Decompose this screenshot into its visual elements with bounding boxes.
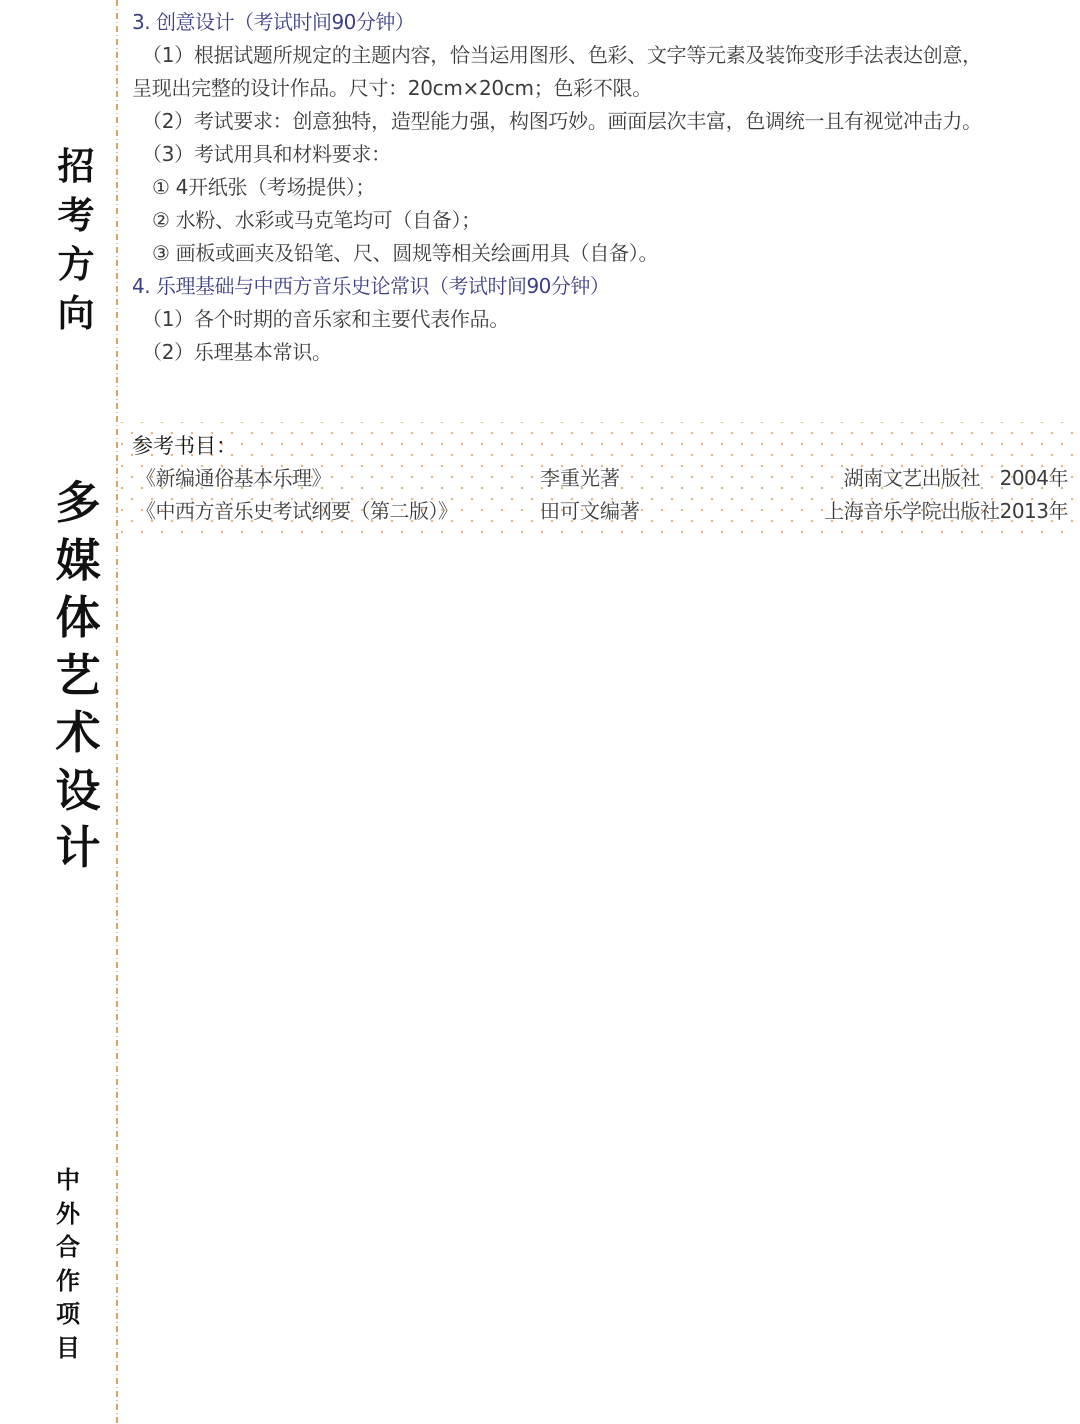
list-item: ① 4开纸张（考场提供）； bbox=[132, 171, 1072, 204]
side-char: 方 bbox=[58, 240, 95, 289]
paragraph-line: （2）乐理基本常识。 bbox=[132, 336, 1072, 369]
list-item: ② 水粉、水彩或马克笔均可（自备）； bbox=[132, 204, 1072, 237]
paragraph-line: （1）各个时期的音乐家和主要代表作品。 bbox=[132, 303, 1072, 336]
side-char: 中 bbox=[56, 1164, 80, 1198]
reference-row: 《新编通俗基本乐理》 李重光著 湖南文艺出版社 2004年 bbox=[132, 462, 1068, 494]
side-char: 招 bbox=[58, 142, 95, 191]
paragraph-line: （1）根据试题所规定的主题内容，恰当运用图形、色彩、文字等元素及装饰变形手法表达… bbox=[132, 39, 1072, 72]
book-title: 《新编通俗基本乐理》 bbox=[136, 462, 331, 491]
vertical-dashed-divider bbox=[116, 0, 118, 1424]
side-char: 计 bbox=[55, 819, 100, 877]
side-label-admission-direction: 招 考 方 向 bbox=[54, 142, 98, 338]
side-char: 目 bbox=[56, 1332, 80, 1366]
reference-title: 参考书目： bbox=[132, 430, 237, 460]
section-heading-music-theory: 4. 乐理基础与中西方音乐史论常识（考试时间90分钟） bbox=[132, 270, 1072, 303]
side-char: 项 bbox=[56, 1298, 80, 1332]
book-author: 李重光著 bbox=[540, 462, 620, 491]
book-title: 《中西方音乐史考试纲要（第二版）》 bbox=[136, 495, 458, 524]
side-char: 向 bbox=[58, 289, 95, 338]
side-label-major-title: 多 媒 体 艺 术 设 计 bbox=[52, 474, 104, 877]
main-content: 3. 创意设计（考试时间90分钟） （1）根据试题所规定的主题内容，恰当运用图形… bbox=[132, 6, 1072, 369]
side-char: 媒 bbox=[55, 532, 100, 590]
side-char: 设 bbox=[55, 762, 100, 820]
side-char: 术 bbox=[55, 704, 100, 762]
side-char: 作 bbox=[56, 1265, 80, 1299]
paragraph-line: 呈现出完整的设计作品。尺寸：20cm×20cm；色彩不限。 bbox=[132, 72, 1072, 105]
side-char: 体 bbox=[55, 589, 100, 647]
paragraph-line: （3）考试用具和材料要求： bbox=[132, 138, 1072, 171]
side-char: 艺 bbox=[55, 647, 100, 705]
reference-row: 《中西方音乐史考试纲要（第二版）》 田可文编著 上海音乐学院出版社2013年 bbox=[132, 495, 1068, 527]
side-label-program-type: 中 外 合 作 项 目 bbox=[52, 1164, 84, 1365]
list-item: ③ 画板或画夹及铅笔、尺、圆规等相关绘画用具（自备）。 bbox=[132, 237, 1072, 270]
book-publisher: 上海音乐学院出版社2013年 bbox=[824, 495, 1068, 524]
side-char: 外 bbox=[56, 1198, 80, 1232]
section-heading-creative-design: 3. 创意设计（考试时间90分钟） bbox=[132, 6, 1072, 39]
paragraph-line: （2）考试要求：创意独特，造型能力强，构图巧妙。画面层次丰富，色调统一且有视觉冲… bbox=[132, 105, 1072, 138]
reference-books-box: 参考书目： 《新编通俗基本乐理》 李重光著 湖南文艺出版社 2004年 《中西方… bbox=[120, 422, 1080, 534]
book-author: 田可文编著 bbox=[540, 495, 640, 524]
book-publisher: 湖南文艺出版社 2004年 bbox=[844, 462, 1068, 491]
side-char: 多 bbox=[55, 474, 100, 532]
side-char: 合 bbox=[56, 1231, 80, 1265]
side-char: 考 bbox=[58, 191, 95, 240]
